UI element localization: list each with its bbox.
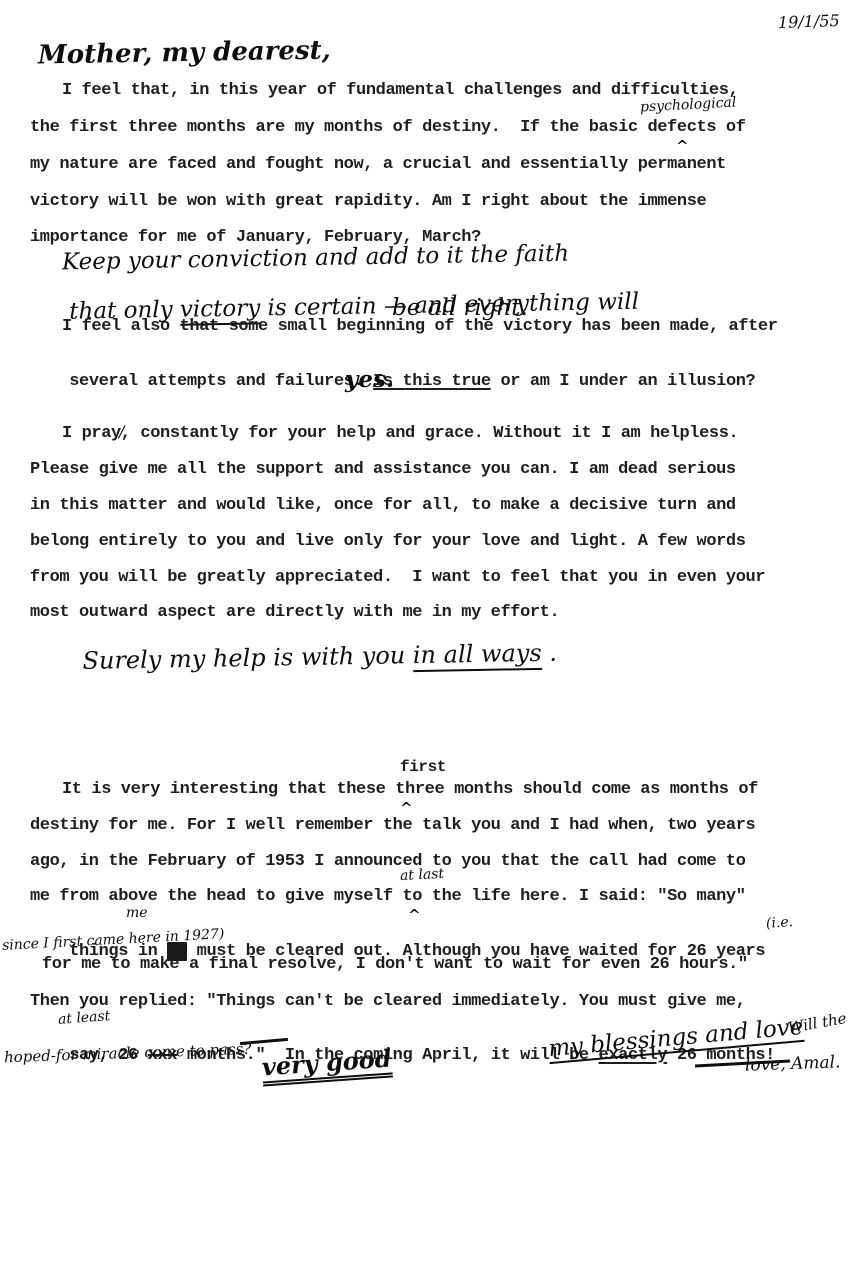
insertion-psychological: psychological bbox=[640, 95, 737, 115]
salutation: Mother, my dearest, bbox=[38, 37, 331, 69]
mother-reply-surely: Surely my help is with you in all ways . bbox=[51, 616, 557, 700]
typed-line: the first three months are my months of … bbox=[30, 119, 746, 138]
insertion-at-last: at last bbox=[400, 867, 445, 884]
reply-text: Surely my help is with you bbox=[82, 641, 413, 675]
insertion-ie: (i.e. bbox=[766, 915, 794, 932]
typed-line: I pray, constantly for your help and gra… bbox=[62, 425, 738, 444]
typed-text: several attempts and failures. bbox=[69, 372, 373, 391]
typed-line: It is very interesting that these three … bbox=[62, 781, 758, 800]
typed-line: belong entirely to you and live only for… bbox=[30, 533, 746, 552]
typed-line: destiny for me. For I well remember the … bbox=[30, 817, 755, 836]
typed-line: in this matter and would like, once for … bbox=[30, 497, 736, 516]
comma-deletion-slash: / bbox=[119, 424, 124, 441]
typed-line: my nature are faced and fought now, a cr… bbox=[30, 156, 726, 175]
mother-reply-yes: yes. bbox=[345, 368, 394, 392]
reply-text: . bbox=[541, 639, 557, 667]
caret-mark: ^ bbox=[400, 799, 413, 817]
typed-line: Then you replied: "Things can't be clear… bbox=[30, 993, 746, 1012]
typed-line: victory will be won with great rapidity.… bbox=[30, 193, 706, 212]
caret-mark: ^ bbox=[676, 137, 689, 155]
letter-date: 19/1/55 bbox=[778, 13, 840, 32]
typed-line: I feel also that some small beginning of… bbox=[62, 318, 778, 337]
typed-insertion-first: first bbox=[400, 759, 446, 777]
scanned-letter-page: 19/1/55 Mother, my dearest, I feel that,… bbox=[0, 0, 855, 1263]
insertion-me: me bbox=[126, 906, 148, 921]
insertion-at-least: at least bbox=[58, 1009, 111, 1027]
typed-line: me from above the head to give myself to… bbox=[30, 888, 746, 907]
typed-line: I feel that, in this year of fundamental… bbox=[62, 82, 738, 101]
underlined-phrase: in all ways bbox=[413, 639, 542, 672]
typed-line: ago, in the February of 1953 I announced… bbox=[30, 853, 746, 872]
caret-mark: ^ bbox=[408, 906, 421, 924]
typed-line: from you will be greatly appreciated. I … bbox=[30, 569, 765, 588]
typed-line: for me to make a final resolve, I don't … bbox=[42, 956, 748, 975]
typed-line: Please give me all the support and assis… bbox=[30, 461, 736, 480]
signature-amal: love, Amal. bbox=[745, 1054, 841, 1075]
typed-text: or am I under an illusion? bbox=[491, 372, 756, 391]
